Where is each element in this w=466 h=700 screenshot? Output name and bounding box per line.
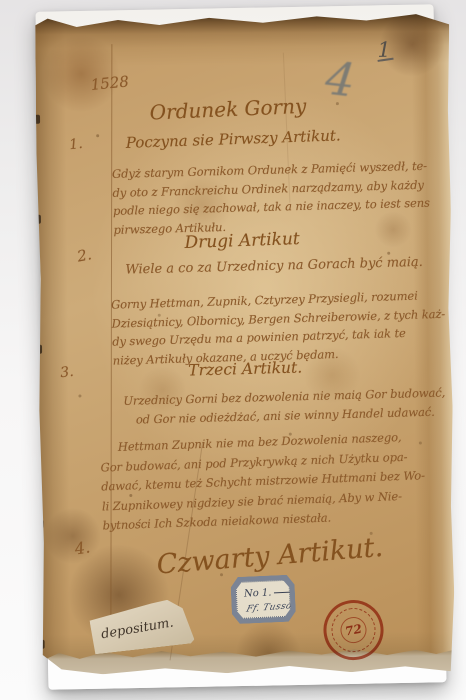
pencil-page-number: 1 bbox=[377, 38, 393, 61]
margin-number-4: 4. bbox=[73, 537, 91, 558]
article3-paragraph2: Hettman Zupnik nie ma bez Dozwolenia nas… bbox=[100, 427, 427, 536]
binding-stitch bbox=[40, 640, 45, 649]
manuscript-page: 1528 1 4 Ordunek Gorny Poczyna sie Pirws… bbox=[35, 11, 455, 675]
stamp-signature: Ff. Tussowič bbox=[245, 600, 310, 615]
margin-number-3: 3. bbox=[59, 364, 74, 381]
binding-stitch bbox=[39, 520, 44, 529]
octagonal-archive-stamp: No 1. Ff. Tussowič bbox=[230, 574, 296, 624]
binding-stitch bbox=[36, 215, 41, 224]
margin-number-2: 2. bbox=[76, 245, 93, 265]
fourth-article-heading: Czwarty Artikut. bbox=[129, 530, 411, 583]
year-annotation: 1528 bbox=[90, 72, 130, 94]
article3-paragraph: Urzednicy Gorni bez dozwolenia nie maią … bbox=[123, 383, 446, 428]
second-article-subheading: Wiele a co za Urzednicy na Gorach być ma… bbox=[125, 255, 423, 278]
stamp-number-text: No 1. bbox=[244, 587, 272, 599]
article2-paragraph: Gorny Hettman, Zupnik, Cztyrzey Przysieg… bbox=[111, 286, 447, 370]
binding-stitch bbox=[37, 345, 42, 354]
stamp-number-rule bbox=[273, 591, 299, 593]
margin-number-1: 1. bbox=[68, 136, 83, 153]
document-title: Ordunek Gorny bbox=[88, 91, 369, 127]
depositum-text: depositum. bbox=[100, 615, 175, 642]
binding-stitch bbox=[35, 115, 40, 124]
octagonal-stamp-field: No 1. Ff. Tussowič bbox=[235, 580, 291, 619]
manuscript-photo: 1528 1 4 Ordunek Gorny Poczyna sie Pirws… bbox=[0, 0, 466, 700]
stamp-number: No 1. bbox=[244, 586, 300, 599]
first-article-heading: Poczyna sie Pirwszy Artikut. bbox=[83, 125, 383, 153]
depositum-label: depositum. bbox=[88, 597, 195, 654]
